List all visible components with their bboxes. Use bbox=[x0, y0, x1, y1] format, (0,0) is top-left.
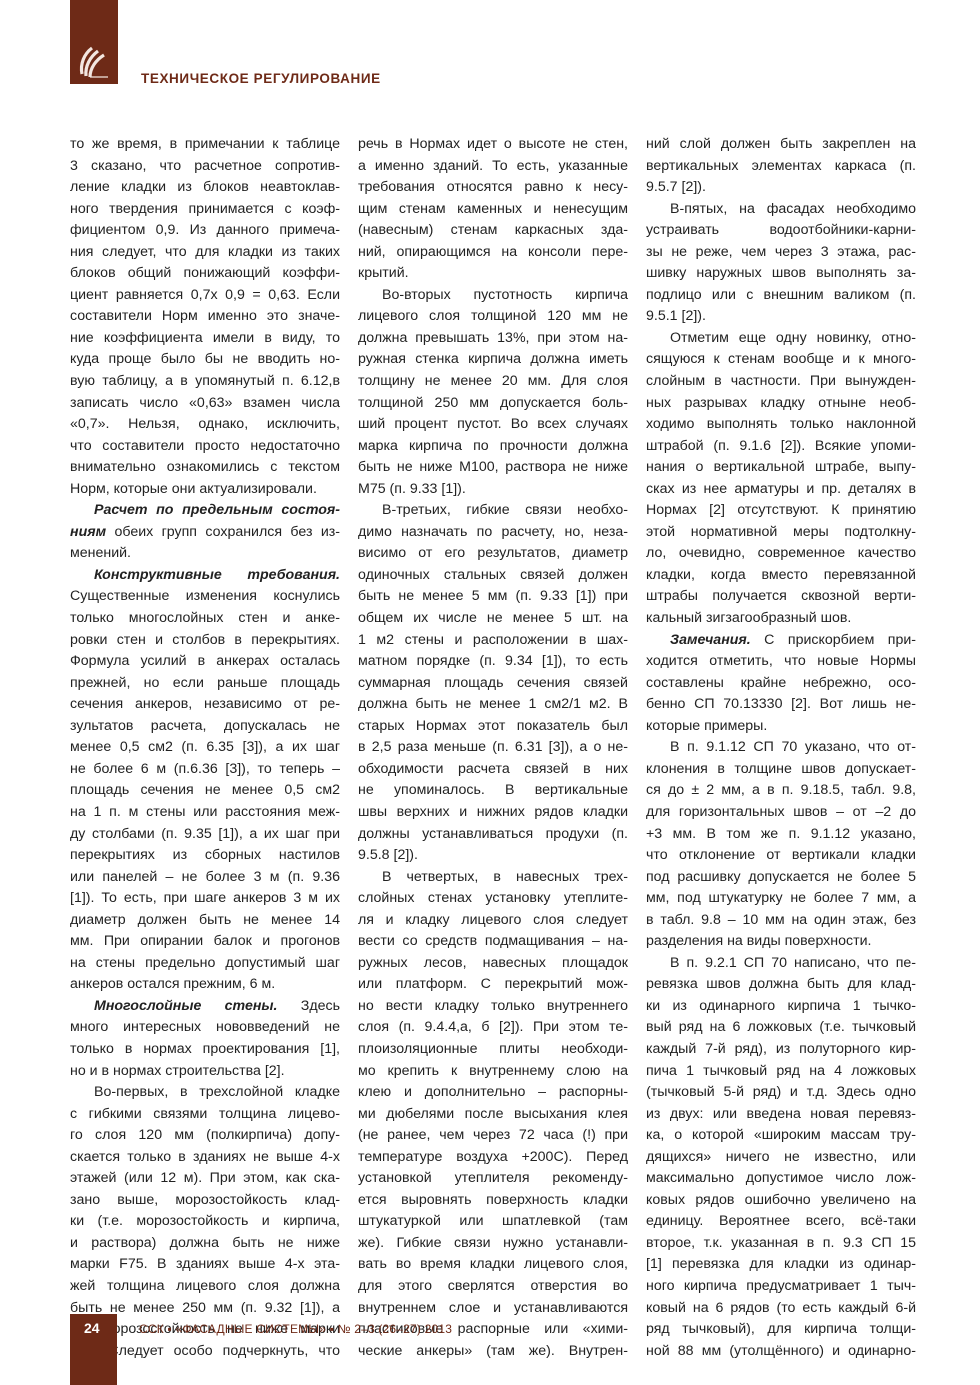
text-line: с гибкими связями толщина лицево- bbox=[70, 1104, 340, 1126]
magazine-logo-icon bbox=[76, 36, 112, 78]
text-line: ся до ± 2 мм, а в п. 9.18.5, табл. 9.8, bbox=[646, 780, 916, 802]
text-line: Норм, которые они актуализировали. bbox=[70, 479, 340, 501]
text-line: обходимости расчета связей в них bbox=[358, 759, 628, 781]
text-line: зы не реже, чем через 3 этажа, рас- bbox=[646, 242, 916, 264]
header-accent-bar bbox=[70, 0, 118, 84]
text-line: вый ряд на 6 ложковых (т.е. тычковый bbox=[646, 1017, 916, 1039]
text-line: суммарная площадь сечения связей bbox=[358, 673, 628, 695]
text-line: не упоминалось. В вертикальные bbox=[358, 780, 628, 802]
text-line: мм, под штукатурку не более 7 мм, а bbox=[646, 888, 916, 910]
text-line: плоизоляционные плиты необходи- bbox=[358, 1039, 628, 1061]
text-line: Многослойные стены. Здесь bbox=[70, 996, 340, 1018]
text-line: составители Норм именно это значе- bbox=[70, 306, 340, 328]
text-line: Отметим еще одну новинку, отно- bbox=[646, 328, 916, 350]
text-line: площадь сечения не менее 0,5 см2 bbox=[70, 780, 340, 802]
text-line: должны устанавливаться продухи (п. bbox=[358, 824, 628, 846]
text-line: ду столбами (п. 9.35 [1]), а их шаг при bbox=[70, 824, 340, 846]
text-line: второе, т.к. указанная в п. 9.3 СП 15 bbox=[646, 1233, 916, 1255]
text-line: ревязка швов должна быть для клад- bbox=[646, 974, 916, 996]
text-line: ний, опирающимся на консоли пере- bbox=[358, 242, 628, 264]
text-line: ных разрывах кладку отныне необ- bbox=[646, 393, 916, 415]
text-line: Конструктивные требования. bbox=[70, 565, 340, 587]
text-line: крытий. bbox=[358, 263, 628, 285]
section-title: ТЕХНИЧЕСКОЕ РЕГУЛИРОВАНИЕ bbox=[141, 71, 381, 86]
page-number: 24 bbox=[84, 1320, 100, 1336]
text-line: зано выше, морозостойкость клад- bbox=[70, 1190, 340, 1212]
text-line: внутреннем слое и устанавливаются bbox=[358, 1298, 628, 1320]
text-line: что составители просто недостаточно bbox=[70, 436, 340, 458]
text-line: старых Нормах этот показатель был bbox=[358, 716, 628, 738]
text-line: ружная стенка кирпича должна иметь bbox=[358, 349, 628, 371]
text-line: под расшивку допускается не более 5 bbox=[646, 867, 916, 889]
text-line: Формула усилий в анкерах осталась bbox=[70, 651, 340, 673]
text-line: ми дюбелями после высыхания клея bbox=[358, 1104, 628, 1126]
text-line: требования относятся равно к несу- bbox=[358, 177, 628, 199]
text-line: и раствора) должна быть не ниже bbox=[70, 1233, 340, 1255]
text-line: Существенные изменения коснулись bbox=[70, 586, 340, 608]
text-line: вать во время кладки лицевого слоя, bbox=[358, 1254, 628, 1276]
text-line: штрабой (п. 9.1.6 [2]). Всякие упоми- bbox=[646, 436, 916, 458]
text-line: для этого сверлятся отверстия во bbox=[358, 1276, 628, 1298]
text-line: ло, очевидно, современное качество bbox=[646, 543, 916, 565]
text-line: которые примеры. bbox=[646, 716, 916, 738]
text-line: [1] перевязка для кладки из одинар- bbox=[646, 1254, 916, 1276]
text-line: шивку наружных швов выполнять за- bbox=[646, 263, 916, 285]
text-line: ной 88 мм (утолщённого) и одинарно- bbox=[646, 1341, 916, 1363]
text-line: ковых рядов ошибочно увеличено на bbox=[646, 1190, 916, 1212]
text-line: димо назначать по расчету, но, неза- bbox=[358, 522, 628, 544]
text-line: В-третьих, гибкие связи необхо- bbox=[358, 500, 628, 522]
text-line: В п. 9.1.12 СП 70 указано, что от- bbox=[646, 737, 916, 759]
text-line: 9.5.8 [2]). bbox=[358, 845, 628, 867]
text-line: но и в нормах строительства [2]. bbox=[70, 1061, 340, 1083]
text-line: М75 (п. 9.33 [1]). bbox=[358, 479, 628, 501]
text-line: слойным в частности. При вынужден- bbox=[646, 371, 916, 393]
text-line: ется выровнять поверхность кладки bbox=[358, 1190, 628, 1212]
text-line: установкой утеплителя рекоменду- bbox=[358, 1168, 628, 1190]
text-line: для горизонтальных швов – от –2 до bbox=[646, 802, 916, 824]
text-line: (навесным) стенам каркасных зда- bbox=[358, 220, 628, 242]
text-line: кальный зигзагообразный шов. bbox=[646, 608, 916, 630]
text-line: на стены предельно допустимый шаг bbox=[70, 953, 340, 975]
text-line: жей толщина лицевого слоя должна bbox=[70, 1276, 340, 1298]
text-line: зультатов расчета, допускалась не bbox=[70, 716, 340, 738]
text-line: Нормах [2] отсутствуют. К принятию bbox=[646, 500, 916, 522]
text-line: толщиной 250 мм допускается боль- bbox=[358, 393, 628, 415]
text-line: менений. bbox=[70, 543, 340, 565]
text-line: «0,7». Нельзя, однако, исключить, bbox=[70, 414, 340, 436]
text-line: лицевого слоя толщиной 120 мм не bbox=[358, 306, 628, 328]
text-line: этажей (или 12 м). При этом, как ска- bbox=[70, 1168, 340, 1190]
text-line: штукатуркой или шпатлевкой (там bbox=[358, 1211, 628, 1233]
text-line: 1 м2 стены и расположении в шах- bbox=[358, 630, 628, 652]
text-line: менее 0,5 см2 (п. 6.35 [3]), а их шаг bbox=[70, 737, 340, 759]
text-line: разделения на виды поверхности. bbox=[646, 931, 916, 953]
text-line: ние коэффициента имели в виду, то bbox=[70, 328, 340, 350]
text-line: мо крепить к внутреннему слою на bbox=[358, 1061, 628, 1083]
text-line: только многослойных стен и анке- bbox=[70, 608, 340, 630]
text-line: скается только в зданиях не выше 4-х bbox=[70, 1147, 340, 1169]
text-line: каждый 7-й ряд), из полуторного кир- bbox=[646, 1039, 916, 1061]
text-line: же). Гибкие связи нужно устанавли- bbox=[358, 1233, 628, 1255]
text-line: марка кирпича по прочности должна bbox=[358, 436, 628, 458]
text-line: единицу. Вероятнее всего, всё-таки bbox=[646, 1211, 916, 1233]
text-line: должна быть не менее 1 см2/1 м2. В bbox=[358, 694, 628, 716]
text-line: висимо от его результатов, диаметр bbox=[358, 543, 628, 565]
subheading: Расчет по предельным состоя- bbox=[94, 502, 340, 518]
text-line: ряд тычковый), для кирпича толщи- bbox=[646, 1319, 916, 1341]
text-line: слойных стенах установку утеплите- bbox=[358, 888, 628, 910]
text-line: перекрытиях из сборных настилов bbox=[70, 845, 340, 867]
text-line: ходимо выполнять только наклонной bbox=[646, 414, 916, 436]
text-line: марки F75. В зданиях выше 4-х эта- bbox=[70, 1254, 340, 1276]
text-line: пича 1 тычковый ряд на 4 ложковых bbox=[646, 1061, 916, 1083]
text-line: в 2,5 раза меньше (п. 6.31 [3]), а о не- bbox=[358, 737, 628, 759]
text-line: В четвертых, в навесных трех- bbox=[358, 867, 628, 889]
text-line: В п. 9.2.1 СП 70 написано, что пе- bbox=[646, 953, 916, 975]
text-line: куда проще было бы не вводить но- bbox=[70, 349, 340, 371]
text-line: ление кладки из блоков неавтоклав- bbox=[70, 177, 340, 199]
text-line: В-пятых, на фасадах необходимо bbox=[646, 199, 916, 221]
text-line: нания о вертикальной штрабе, выпу- bbox=[646, 457, 916, 479]
text-line: подлицо или с внешним валиком (п. bbox=[646, 285, 916, 307]
text-line: го слоя 120 мм (полкирпича) допу- bbox=[70, 1125, 340, 1147]
text-line: ниям обеих групп сохранился без из- bbox=[70, 522, 340, 544]
text-line: максимально допустимое число лож- bbox=[646, 1168, 916, 1190]
text-line: ки (т.е. морозостойкость и кирпича, bbox=[70, 1211, 340, 1233]
text-line: вую таблицу, а в упомянутый п. 6.12,в bbox=[70, 371, 340, 393]
text-line: швы верхних и нижних рядов кладки bbox=[358, 802, 628, 824]
text-line: клею и дополнительно – распорны- bbox=[358, 1082, 628, 1104]
text-line: устраивать водоотбойники-карни- bbox=[646, 220, 916, 242]
text-line: клонения в толщине швов допускает- bbox=[646, 759, 916, 781]
text-line: ний слой должен быть закреплен на bbox=[646, 134, 916, 156]
subheading: Замечания. bbox=[670, 632, 751, 648]
text-line: или панелей – не более 3 м (п. 9.36 bbox=[70, 867, 340, 889]
text-line: ля и кладку лицевого слоя следует bbox=[358, 910, 628, 932]
text-line: ка, о которой «широким массам тру- bbox=[646, 1125, 916, 1147]
text-line: ческие анкеры» (там же). Внутрен- bbox=[358, 1341, 628, 1363]
text-line: блоков общий понижающий коэффи- bbox=[70, 263, 340, 285]
text-line: прежней, но если раньше площадь bbox=[70, 673, 340, 695]
text-line: циент равняется 0,7х 0,9 = 0,63. Если bbox=[70, 285, 340, 307]
text-line: на 1 п. м стены или расстояния меж- bbox=[70, 802, 340, 824]
text-line: что отклонение от вертикали кладки bbox=[646, 845, 916, 867]
text-line: записать число «0,63» взамен числа bbox=[70, 393, 340, 415]
text-line: штрабы получается сквозной верти- bbox=[646, 586, 916, 608]
text-line: диаметр должен быть не менее 14 bbox=[70, 910, 340, 932]
text-line: из двух: или введена новая перевяз- bbox=[646, 1104, 916, 1126]
text-line: ки из одинарного кирпича 1 тычко- bbox=[646, 996, 916, 1018]
text-line: Во-вторых пустотность кирпича bbox=[358, 285, 628, 307]
text-line: много интересных нововведений не bbox=[70, 1017, 340, 1039]
subheading: Конструктивные требования. bbox=[94, 567, 340, 583]
text-line: ший процент пустот. Во всех случаях bbox=[358, 414, 628, 436]
text-line: ружных лесов, навесных площадок bbox=[358, 953, 628, 975]
text-column-2: речь в Нормах идет о высоте не стен,а им… bbox=[358, 134, 628, 1362]
text-line: Во-первых, в трехслойной кладке bbox=[70, 1082, 340, 1104]
text-line: этой нормативной меры подтолкну- bbox=[646, 522, 916, 544]
text-line: или платформ. С перекрытий мож- bbox=[358, 974, 628, 996]
text-column-3: ний слой должен быть закреплен навертика… bbox=[646, 134, 916, 1362]
text-line: должна превышать 13%, при этом на- bbox=[358, 328, 628, 350]
text-line: [1]). То есть, при шаге анкеров 3 м их bbox=[70, 888, 340, 910]
text-line: фициентом 0,9. Из данного примеча- bbox=[70, 220, 340, 242]
text-line: 3 сказано, что расчетное сопротив- bbox=[70, 156, 340, 178]
text-line: мм. При опирании балок и прогонов bbox=[70, 931, 340, 953]
text-line: ровки стен и столбов в перекрытиях. bbox=[70, 630, 340, 652]
text-line: температуре воздуха +200С). Перед bbox=[358, 1147, 628, 1169]
text-line: Замечания. С прискорбием при- bbox=[646, 630, 916, 652]
text-line: слоя (п. 9.4.4,а, б [2]). При этом те- bbox=[358, 1017, 628, 1039]
text-line: речь в Нормах идет о высоте не стен, bbox=[358, 134, 628, 156]
text-line: бенно СП 70.13330 [2]. Вот лишь не- bbox=[646, 694, 916, 716]
text-line: сечения анкеров, независимо от ре- bbox=[70, 694, 340, 716]
subheading: ниям bbox=[70, 524, 106, 540]
text-line: ковый на 6 рядов (то есть каждый 6-й bbox=[646, 1298, 916, 1320]
text-line: составлены крайне небрежно, осо- bbox=[646, 673, 916, 695]
text-line: 9.5.1 [2]). bbox=[646, 306, 916, 328]
text-line: матном порядке (п. 9.34 [1]), то есть bbox=[358, 651, 628, 673]
subheading: Многослойные стены. bbox=[94, 998, 278, 1014]
text-line: +3 мм. В том же п. 9.1.12 указано, bbox=[646, 824, 916, 846]
publication-footer: ССК ▪ «ФАСАДНЫЕ СИСТЕМЫ» ▪ № 2–3 (26–27)… bbox=[139, 1322, 452, 1336]
text-line: дящихся» ничего не известно, или bbox=[646, 1147, 916, 1169]
text-line: кладки, когда вместо перевязанной bbox=[646, 565, 916, 587]
text-line: общем их числе не менее 5 шт. на bbox=[358, 608, 628, 630]
text-line: сках из нее арматуры и пр. деталях в bbox=[646, 479, 916, 501]
text-line: вертикальных элементах каркаса (п. bbox=[646, 156, 916, 178]
text-line: вести со средств подмащивания – на- bbox=[358, 931, 628, 953]
text-line: толщину не менее 20 мм. Для слоя bbox=[358, 371, 628, 393]
text-line: а именно зданий. То есть, указанные bbox=[358, 156, 628, 178]
text-line: но вести кладку только внутреннего bbox=[358, 996, 628, 1018]
text-line: ходится отметить, что новые Нормы bbox=[646, 651, 916, 673]
text-line: щим стенам каменных и ненесущим bbox=[358, 199, 628, 221]
text-line: 9.5.7 [2]). bbox=[646, 177, 916, 199]
text-line: сящуюся к стенам вообще и к много- bbox=[646, 349, 916, 371]
text-column-1: то же время, в примечании к таблице3 ска… bbox=[70, 134, 340, 1362]
text-line: (тычковый 5-й ряд) и т.д. Здесь одно bbox=[646, 1082, 916, 1104]
text-line: только в нормах проектирования [1], bbox=[70, 1039, 340, 1061]
text-line: быть не ниже М100, раствора не ниже bbox=[358, 457, 628, 479]
text-line: ния следует, что для кладки из таких bbox=[70, 242, 340, 264]
text-line: в табл. 9.8 – 10 мм на один этаж, без bbox=[646, 910, 916, 932]
text-line: не более 6 м (п.6.36 [3]), то теперь – bbox=[70, 759, 340, 781]
text-line: ного кирпича предусматривает 1 тыч- bbox=[646, 1276, 916, 1298]
text-line: внимательно ознакомились с текстом bbox=[70, 457, 340, 479]
text-line: ного твердения принимается с коэф- bbox=[70, 199, 340, 221]
text-line: Расчет по предельным состоя- bbox=[70, 500, 340, 522]
text-line: (не ранее, чем через 72 часа (!) при bbox=[358, 1125, 628, 1147]
text-line: быть не менее 5 мм (п. 9.33 [1]) при bbox=[358, 586, 628, 608]
text-line: одиночных стальных связей должен bbox=[358, 565, 628, 587]
text-line: то же время, в примечании к таблице bbox=[70, 134, 340, 156]
text-line: анкеров остался прежним, 6 м. bbox=[70, 974, 340, 996]
